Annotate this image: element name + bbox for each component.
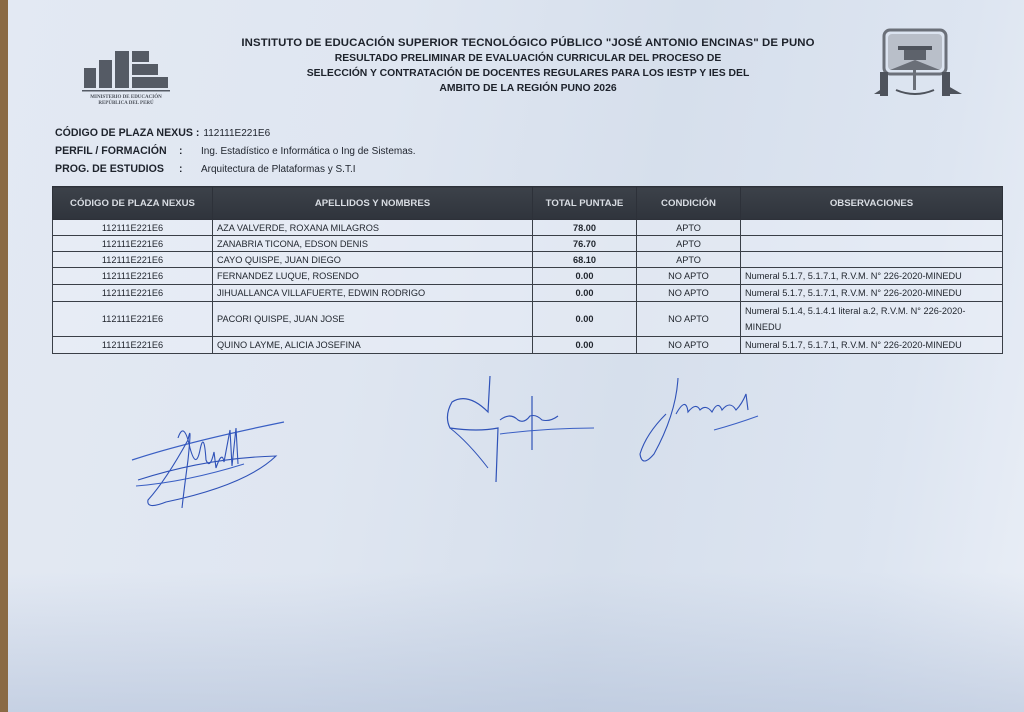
col-header-observations: OBSERVACIONES — [741, 187, 1003, 220]
cell-plaza-code: 112111E221E6 — [53, 252, 213, 268]
programa-label: PROG. DE ESTUDIOS — [55, 163, 173, 175]
cell-observations — [741, 236, 1003, 252]
cell-observations: Numeral 5.1.7, 5.1.7.1, R.V.M. N° 226-20… — [741, 268, 1003, 285]
programa-row: PROG. DE ESTUDIOS : Arquitectura de Plat… — [55, 160, 416, 178]
cell-condition: NO APTO — [637, 285, 741, 302]
svg-text:MINISTERIO DE EDUCACIÓN: MINISTERIO DE EDUCACIÓN — [90, 94, 162, 100]
cell-full-name: ZANABRIA TICONA, EDSON DENIS — [213, 236, 533, 252]
cell-total-score: 0.00 — [533, 302, 637, 337]
cell-total-score: 0.00 — [533, 268, 637, 285]
cell-observations: Numeral 5.1.7, 5.1.7.1, R.V.M. N° 226-20… — [741, 285, 1003, 302]
cell-plaza-code: 112111E221E6 — [53, 236, 213, 252]
signature-3 — [626, 374, 776, 474]
cell-condition: APTO — [637, 236, 741, 252]
cell-condition: APTO — [637, 220, 741, 236]
cell-full-name: PACORI QUISPE, JUAN JOSE — [213, 302, 533, 337]
cell-condition: NO APTO — [637, 268, 741, 285]
cell-plaza-code: 112111E221E6 — [53, 268, 213, 285]
institution-name: INSTITUTO DE EDUCACIÓN SUPERIOR TECNOLÓG… — [208, 36, 848, 51]
cell-total-score: 0.00 — [533, 285, 637, 302]
table-header-row: CÓDIGO DE PLAZA NEXUS APELLIDOS Y NOMBRE… — [53, 187, 1003, 220]
table-row: 112111E221E6FERNANDEZ LUQUE, ROSENDO0.00… — [53, 268, 1003, 285]
cell-plaza-code: 112111E221E6 — [53, 220, 213, 236]
cell-condition: APTO — [637, 252, 741, 268]
cell-total-score: 0.00 — [533, 337, 637, 354]
plaza-info: CÓDIGO DE PLAZA NEXUS : 112111E221E6 PER… — [55, 124, 416, 178]
perfil-label: PERFIL / FORMACIÓN — [55, 145, 173, 157]
document-page: MINISTERIO DE EDUCACIÓN REPÚBLICA DEL PE… — [8, 0, 1024, 712]
table-row: 112111E221E6AZA VALVERDE, ROXANA MILAGRO… — [53, 220, 1003, 236]
col-header-code: CÓDIGO DE PLAZA NEXUS — [53, 187, 213, 220]
svg-text:REPÚBLICA DEL PERÚ: REPÚBLICA DEL PERÚ — [98, 100, 154, 106]
table-row: 112111E221E6QUINO LAYME, ALICIA JOSEFINA… — [53, 337, 1003, 354]
plaza-code-value: 112111E221E6 — [203, 128, 270, 139]
cell-total-score: 76.70 — [533, 236, 637, 252]
cell-total-score: 78.00 — [533, 220, 637, 236]
cell-plaza-code: 112111E221E6 — [53, 285, 213, 302]
plaza-code-label: CÓDIGO DE PLAZA NEXUS : — [55, 127, 199, 139]
signature-2 — [438, 372, 598, 497]
table-row: 112111E221E6ZANABRIA TICONA, EDSON DENIS… — [53, 236, 1003, 252]
results-table: CÓDIGO DE PLAZA NEXUS APELLIDOS Y NOMBRE… — [52, 186, 1003, 354]
cell-full-name: CAYO QUISPE, JUAN DIEGO — [213, 252, 533, 268]
cell-observations: Numeral 5.1.4, 5.1.4.1 literal a.2, R.V.… — [741, 302, 1003, 337]
document-title-block: INSTITUTO DE EDUCACIÓN SUPERIOR TECNOLÓG… — [208, 36, 848, 96]
title-line-3: AMBITO DE LA REGIÓN PUNO 2026 — [208, 81, 848, 96]
cell-observations — [741, 252, 1003, 268]
title-line-1: RESULTADO PRELIMINAR DE EVALUACIÓN CURRI… — [208, 51, 848, 66]
institute-emblem-logo — [874, 24, 962, 102]
cell-observations: Numeral 5.1.7, 5.1.7.1, R.V.M. N° 226-20… — [741, 337, 1003, 354]
cell-full-name: JIHUALLANCA VILLAFUERTE, EDWIN RODRIGO — [213, 285, 533, 302]
signature-1 — [126, 400, 296, 530]
programa-value: Arquitectura de Plataformas y S.T.I — [201, 164, 356, 175]
col-header-name: APELLIDOS Y NOMBRES — [213, 187, 533, 220]
cell-full-name: AZA VALVERDE, ROXANA MILAGROS — [213, 220, 533, 236]
table-row: 112111E221E6JIHUALLANCA VILLAFUERTE, EDW… — [53, 285, 1003, 302]
cell-full-name: QUINO LAYME, ALICIA JOSEFINA — [213, 337, 533, 354]
perfil-row: PERFIL / FORMACIÓN : Ing. Estadístico e … — [55, 142, 416, 160]
table-row: 112111E221E6CAYO QUISPE, JUAN DIEGO68.10… — [53, 252, 1003, 268]
cell-condition: NO APTO — [637, 302, 741, 337]
cell-plaza-code: 112111E221E6 — [53, 337, 213, 354]
title-line-2: SELECCIÓN Y CONTRATACIÓN DE DOCENTES REG… — [208, 66, 848, 81]
col-header-score: TOTAL PUNTAJE — [533, 187, 637, 220]
programa-separator: : — [179, 164, 201, 175]
table-row: 112111E221E6PACORI QUISPE, JUAN JOSE0.00… — [53, 302, 1003, 337]
cell-full-name: FERNANDEZ LUQUE, ROSENDO — [213, 268, 533, 285]
cell-total-score: 68.10 — [533, 252, 637, 268]
perfil-value: Ing. Estadístico e Informática o Ing de … — [201, 146, 416, 157]
plaza-code-row: CÓDIGO DE PLAZA NEXUS : 112111E221E6 — [55, 124, 416, 142]
perfil-separator: : — [179, 146, 201, 157]
cell-plaza-code: 112111E221E6 — [53, 302, 213, 337]
col-header-condition: CONDICIÓN — [637, 187, 741, 220]
cell-condition: NO APTO — [637, 337, 741, 354]
cell-observations — [741, 220, 1003, 236]
ministerio-educacion-logo: MINISTERIO DE EDUCACIÓN REPÚBLICA DEL PE… — [80, 42, 188, 112]
